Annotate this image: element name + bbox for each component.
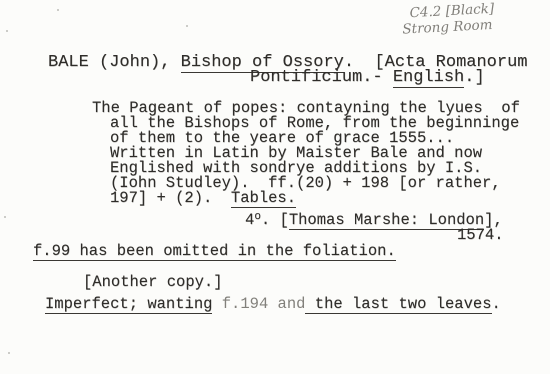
underlined-text: English — [393, 68, 464, 88]
another-copy-note: [Another copy.] — [83, 274, 223, 290]
text-segment: BALE (John), — [48, 53, 181, 72]
underlined-text: the last two leaves — [305, 295, 491, 314]
handwritten-shelfmark: C4.2 [Black] Strong Room — [409, 2, 495, 37]
text-segment: 197] + (2). — [110, 189, 231, 207]
text-segment: [Another copy.] — [83, 273, 223, 291]
text-segment: .] — [464, 68, 484, 87]
underlined-text: Imperfect; wanting — [45, 295, 212, 314]
underlined-text: Thomas Marshe: London — [289, 211, 484, 230]
scan-speck — [4, 216, 6, 218]
scan-speck — [8, 352, 10, 354]
text-segment: 1574. — [457, 226, 504, 244]
text-segment: Pontificium.- — [250, 68, 393, 87]
underlined-text: Tables. — [231, 189, 296, 208]
scan-speck — [186, 25, 188, 27]
imperfection-note: Imperfect; wanting f.194 and the last tw… — [45, 296, 501, 312]
superscript-text: o — [254, 211, 261, 223]
heading-line-2: Pontificium.- English.] — [250, 69, 485, 87]
text-segment: 4 — [245, 211, 254, 229]
text-segment: f.194 and — [222, 295, 306, 313]
imprint-year: 1574. — [457, 227, 504, 243]
text-segment: . [ — [261, 211, 289, 229]
scan-speck — [57, 9, 59, 11]
collation-line-2: 197] + (2). Tables. — [110, 190, 296, 206]
text-segment — [212, 295, 221, 313]
foliation-note: f.99 has been omitted in the foliation. — [33, 243, 396, 259]
catalogue-card: C4.2 [Black] Strong Room BALE (John), Bi… — [0, 0, 550, 374]
scan-speck — [6, 30, 8, 32]
underlined-text: f.99 has been omitted in the foliation. — [33, 242, 396, 261]
text-segment: . — [492, 295, 501, 313]
handwritten-shelfmark-line2: Strong Room — [402, 17, 495, 37]
